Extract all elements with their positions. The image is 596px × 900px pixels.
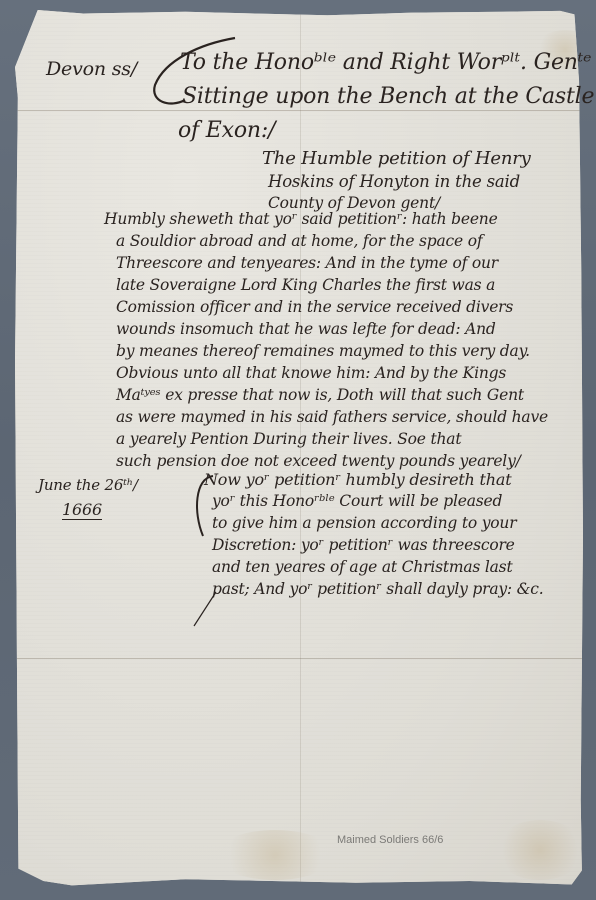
body-line: such pension doe not exceed twenty pound…: [116, 452, 521, 470]
paper-stain: [215, 830, 335, 880]
margin-date-line-1: June the 26ᵗʰ/: [38, 476, 138, 494]
prayer-line: and ten yeares of age at Christmas last: [212, 558, 512, 576]
address-line-1: To the Honoᵇˡᵉ and Right Worᵖˡᵗ. Genᵗᵉ: [180, 50, 591, 75]
county-marker: Devon ss/: [46, 58, 137, 80]
fold-line: [300, 10, 301, 888]
body-line: a yearely Pention During their lives. So…: [116, 430, 461, 448]
pen-stroke-icon: [190, 590, 220, 630]
paper-stain: [495, 820, 585, 880]
fold-line: [15, 658, 583, 659]
body-line: Maᵗʸᵉˢ ex presse that now is, Doth will …: [116, 386, 524, 404]
body-line: Humbly sheweth that yoʳ said petitionʳ: …: [104, 210, 498, 228]
body-line: Obvious unto all that knowe him: And by …: [116, 364, 506, 382]
body-line: Comission officer and in the service rec…: [116, 298, 513, 316]
prayer-line: past; And yoʳ petitionʳ shall dayly pray…: [212, 580, 543, 598]
prayer-line: to give him a pension according to your: [212, 514, 516, 532]
prayer-line: Discretion: yoʳ petitionʳ was threescore: [212, 536, 515, 554]
body-line: a Souldior abroad and at home, for the s…: [116, 232, 482, 250]
prayer-line: yoʳ this Honoʳᵇˡᵉ Court will be pleased: [212, 492, 502, 510]
body-line: Threescore and tenyeares: And in the tym…: [116, 254, 498, 272]
address-line-3: of Exon:/: [178, 118, 275, 143]
address-line-2: Sittinge upon the Bench at the Castle: [182, 84, 594, 109]
body-line: as were maymed in his said fathers servi…: [116, 408, 548, 426]
prayer-line: Now yoʳ petitionʳ humbly desireth that: [204, 470, 511, 489]
archive-pencil-note: Maimed Soldiers 66/6: [337, 834, 443, 846]
manuscript-page: [15, 10, 583, 888]
body-line: late Soveraigne Lord King Charles the fi…: [116, 276, 495, 294]
body-line: by meanes thereof remaines maymed to thi…: [116, 342, 530, 360]
petitioner-line-2: Hoskins of Honyton in the said: [268, 172, 520, 191]
body-line: wounds insomuch that he was lefte for de…: [116, 320, 496, 338]
margin-date-year: 1666: [62, 500, 102, 520]
fold-line: [15, 110, 583, 111]
petitioner-line-1: The Humble petition of Henry: [262, 148, 531, 169]
